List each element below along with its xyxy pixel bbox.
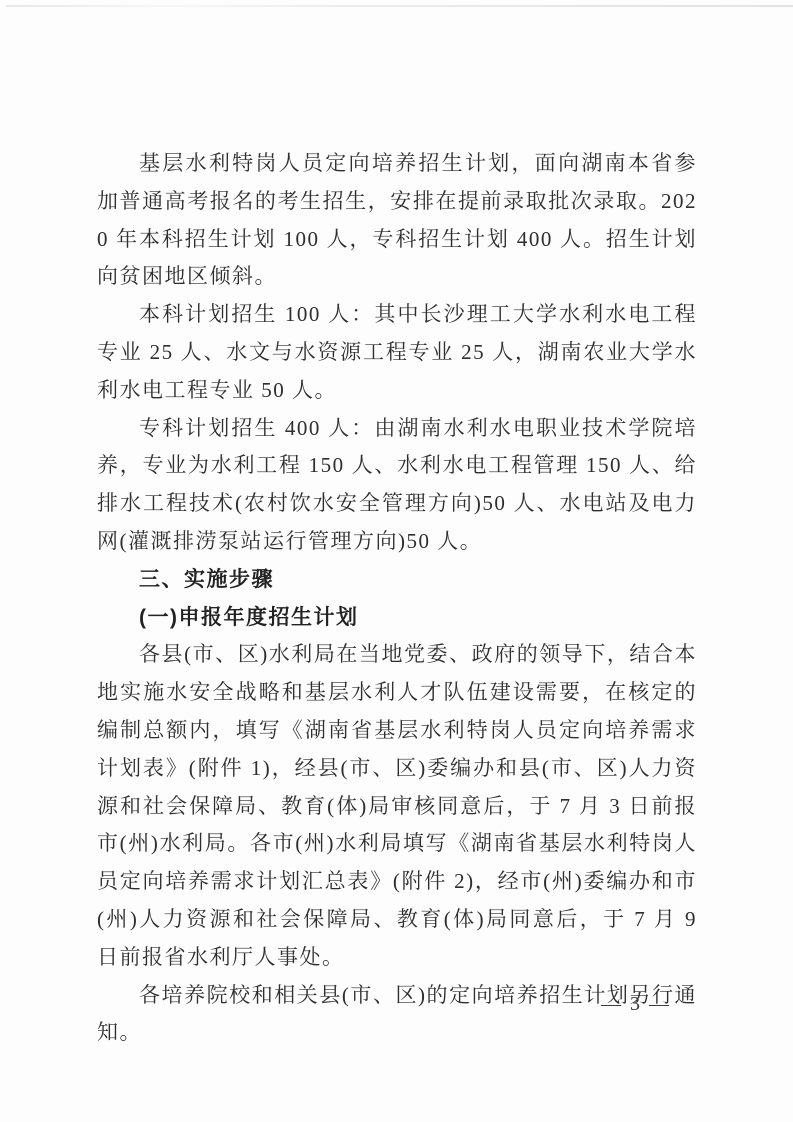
- subsection-heading-annual-plan-application: (一)申报年度招生计划: [97, 599, 697, 637]
- scan-artifact-line: [6, 5, 793, 7]
- document-body: 基层水利特岗人员定向培养招生计划，面向湖南本省参加普通高考报名的考生招生，安排在…: [97, 145, 697, 1052]
- paragraph-undergraduate-plan: 本科计划招生 100 人：其中长沙理工大学水利水电工程专业 25 人、水文与水资…: [97, 296, 697, 409]
- paragraph-enrollment-overview: 基层水利特岗人员定向培养招生计划，面向湖南本省参加普通高考报名的考生招生，安排在…: [97, 145, 697, 296]
- section-heading-implementation-steps: 三、实施步骤: [97, 561, 697, 599]
- page-number: — 3 —: [601, 993, 671, 1016]
- document-page: 基层水利特岗人员定向培养招生计划，面向湖南本省参加普通高考报名的考生招生，安排在…: [0, 0, 793, 1122]
- paragraph-application-procedure: 各县(市、区)水利局在当地党委、政府的领导下，结合本地实施水安全战略和基层水利人…: [97, 636, 697, 976]
- paragraph-vocational-college-plan: 专科计划招生 400 人：由湖南水利水电职业技术学院培养，专业为水利工程 150…: [97, 410, 697, 561]
